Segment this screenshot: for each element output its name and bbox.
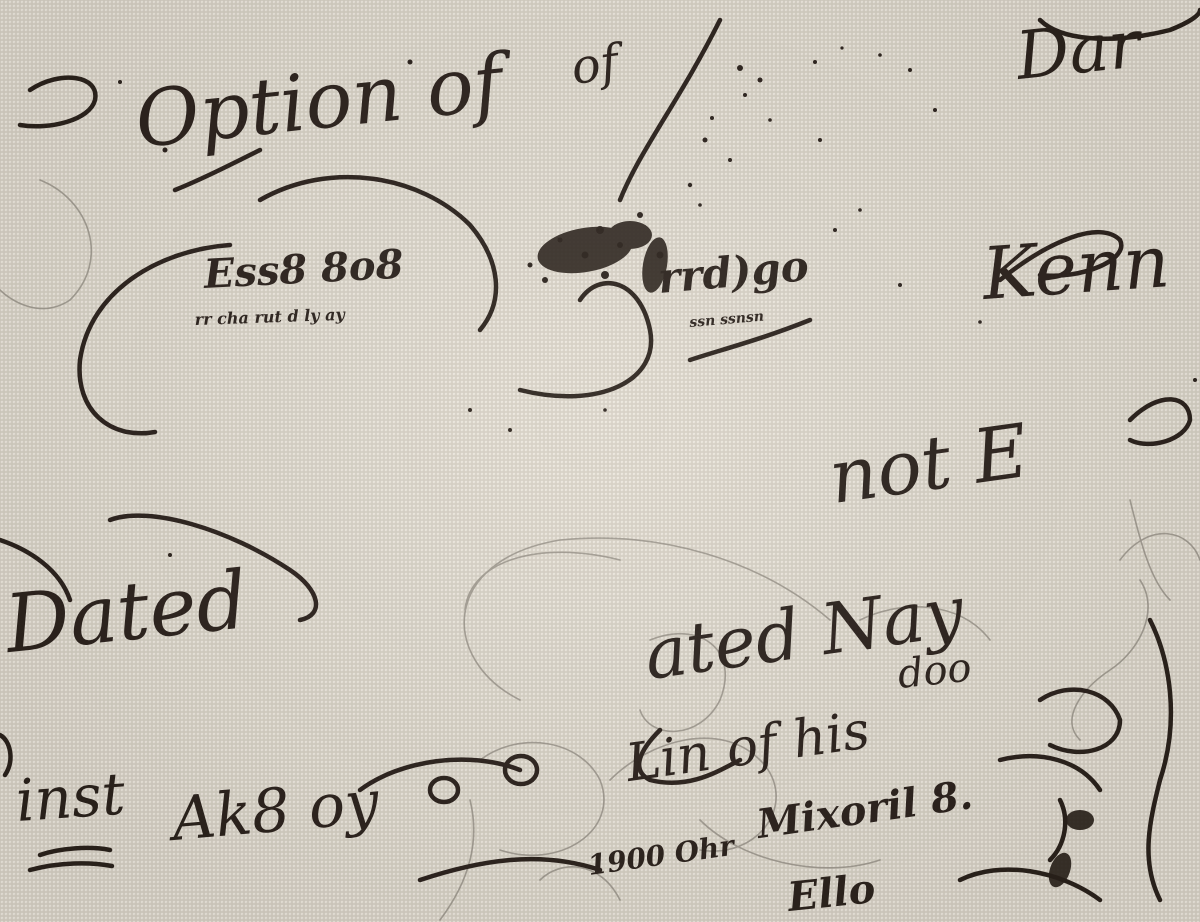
fabric-photo: Close-up photo of beige woven fabric pri… [0,0,1200,922]
words-word: Dar [1013,11,1143,90]
words-word: of [568,38,621,92]
words-word: Dated [2,560,252,665]
words-word: Kenn [980,225,1172,310]
words-word: doo [896,648,974,695]
small_marks-word: Ello [786,869,877,918]
ink-blot [534,220,1094,890]
words-word: Ak8 oy [170,772,381,850]
small_marks-word: Ess8 8o8 [203,245,404,295]
words-word: inst [14,765,127,830]
small_marks-word: rrd)go [656,245,810,300]
